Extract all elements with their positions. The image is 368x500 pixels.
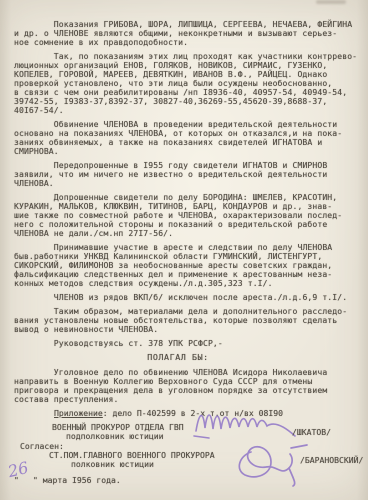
- handwritten-day: 26: [6, 458, 30, 481]
- attachment-line: Приложение: дело П-402599 в 2-х т.от н/в…: [14, 409, 360, 418]
- prosecutor2-rank: полковник юстиции: [71, 460, 154, 469]
- date-line: " марта I956 года.: [33, 476, 121, 485]
- paragraph-legal-basis: Руководствуясь ст. 378 УПК РСФСР,-: [14, 339, 360, 348]
- prosecutor2-name: /БАРАНОВСКИЙ/: [300, 456, 363, 465]
- resolution-heading: ПОЛАГАЛ БЫ:: [14, 353, 342, 362]
- paragraph-accusation-basis: Обвинение ЧЛЕНОВА в проведении вредитель…: [14, 120, 360, 156]
- page-corner-mark: [316, 0, 346, 4]
- paragraph-nkvd-officers-convicted: Принимавшие участие в аресте и следствии…: [14, 243, 360, 288]
- paragraph-conclusion-innocence: Таким образом, материалами дела и дополн…: [14, 307, 360, 334]
- paragraph-rehabilitated-list: Так, по показаниям этих лиц проходят как…: [14, 52, 360, 115]
- paragraph-resolution: Уголовное дело по обвинению ЧЛЕНОВА Исид…: [14, 368, 360, 404]
- document-page: Показания ГРИБОВА, ШОРА, ЛИПШИЦА, СЕРГЕЕ…: [0, 0, 368, 500]
- paragraph-party-expulsion: ЧЛЕНОВ из рядов ВКП/б/ исключен после ар…: [14, 293, 360, 302]
- paragraph-reinterrogated-witnesses: Передопрошенные в I955 году свидетели ИГ…: [14, 161, 360, 188]
- paragraph-borodin-case-witnesses: Допрошенные свидетели по делу БОРОДИНА: …: [14, 193, 360, 238]
- prosecutor1-rank: подполковник юстиции: [66, 432, 163, 441]
- signature-shkatov-icon: [192, 402, 297, 442]
- prosecutor1-name: /ШКАТОВ/: [292, 428, 331, 437]
- paragraph-testimonies: Показания ГРИБОВА, ШОРА, ЛИПШИЦА, СЕРГЕЕ…: [14, 20, 360, 47]
- attachment-label: Приложение: [54, 408, 103, 418]
